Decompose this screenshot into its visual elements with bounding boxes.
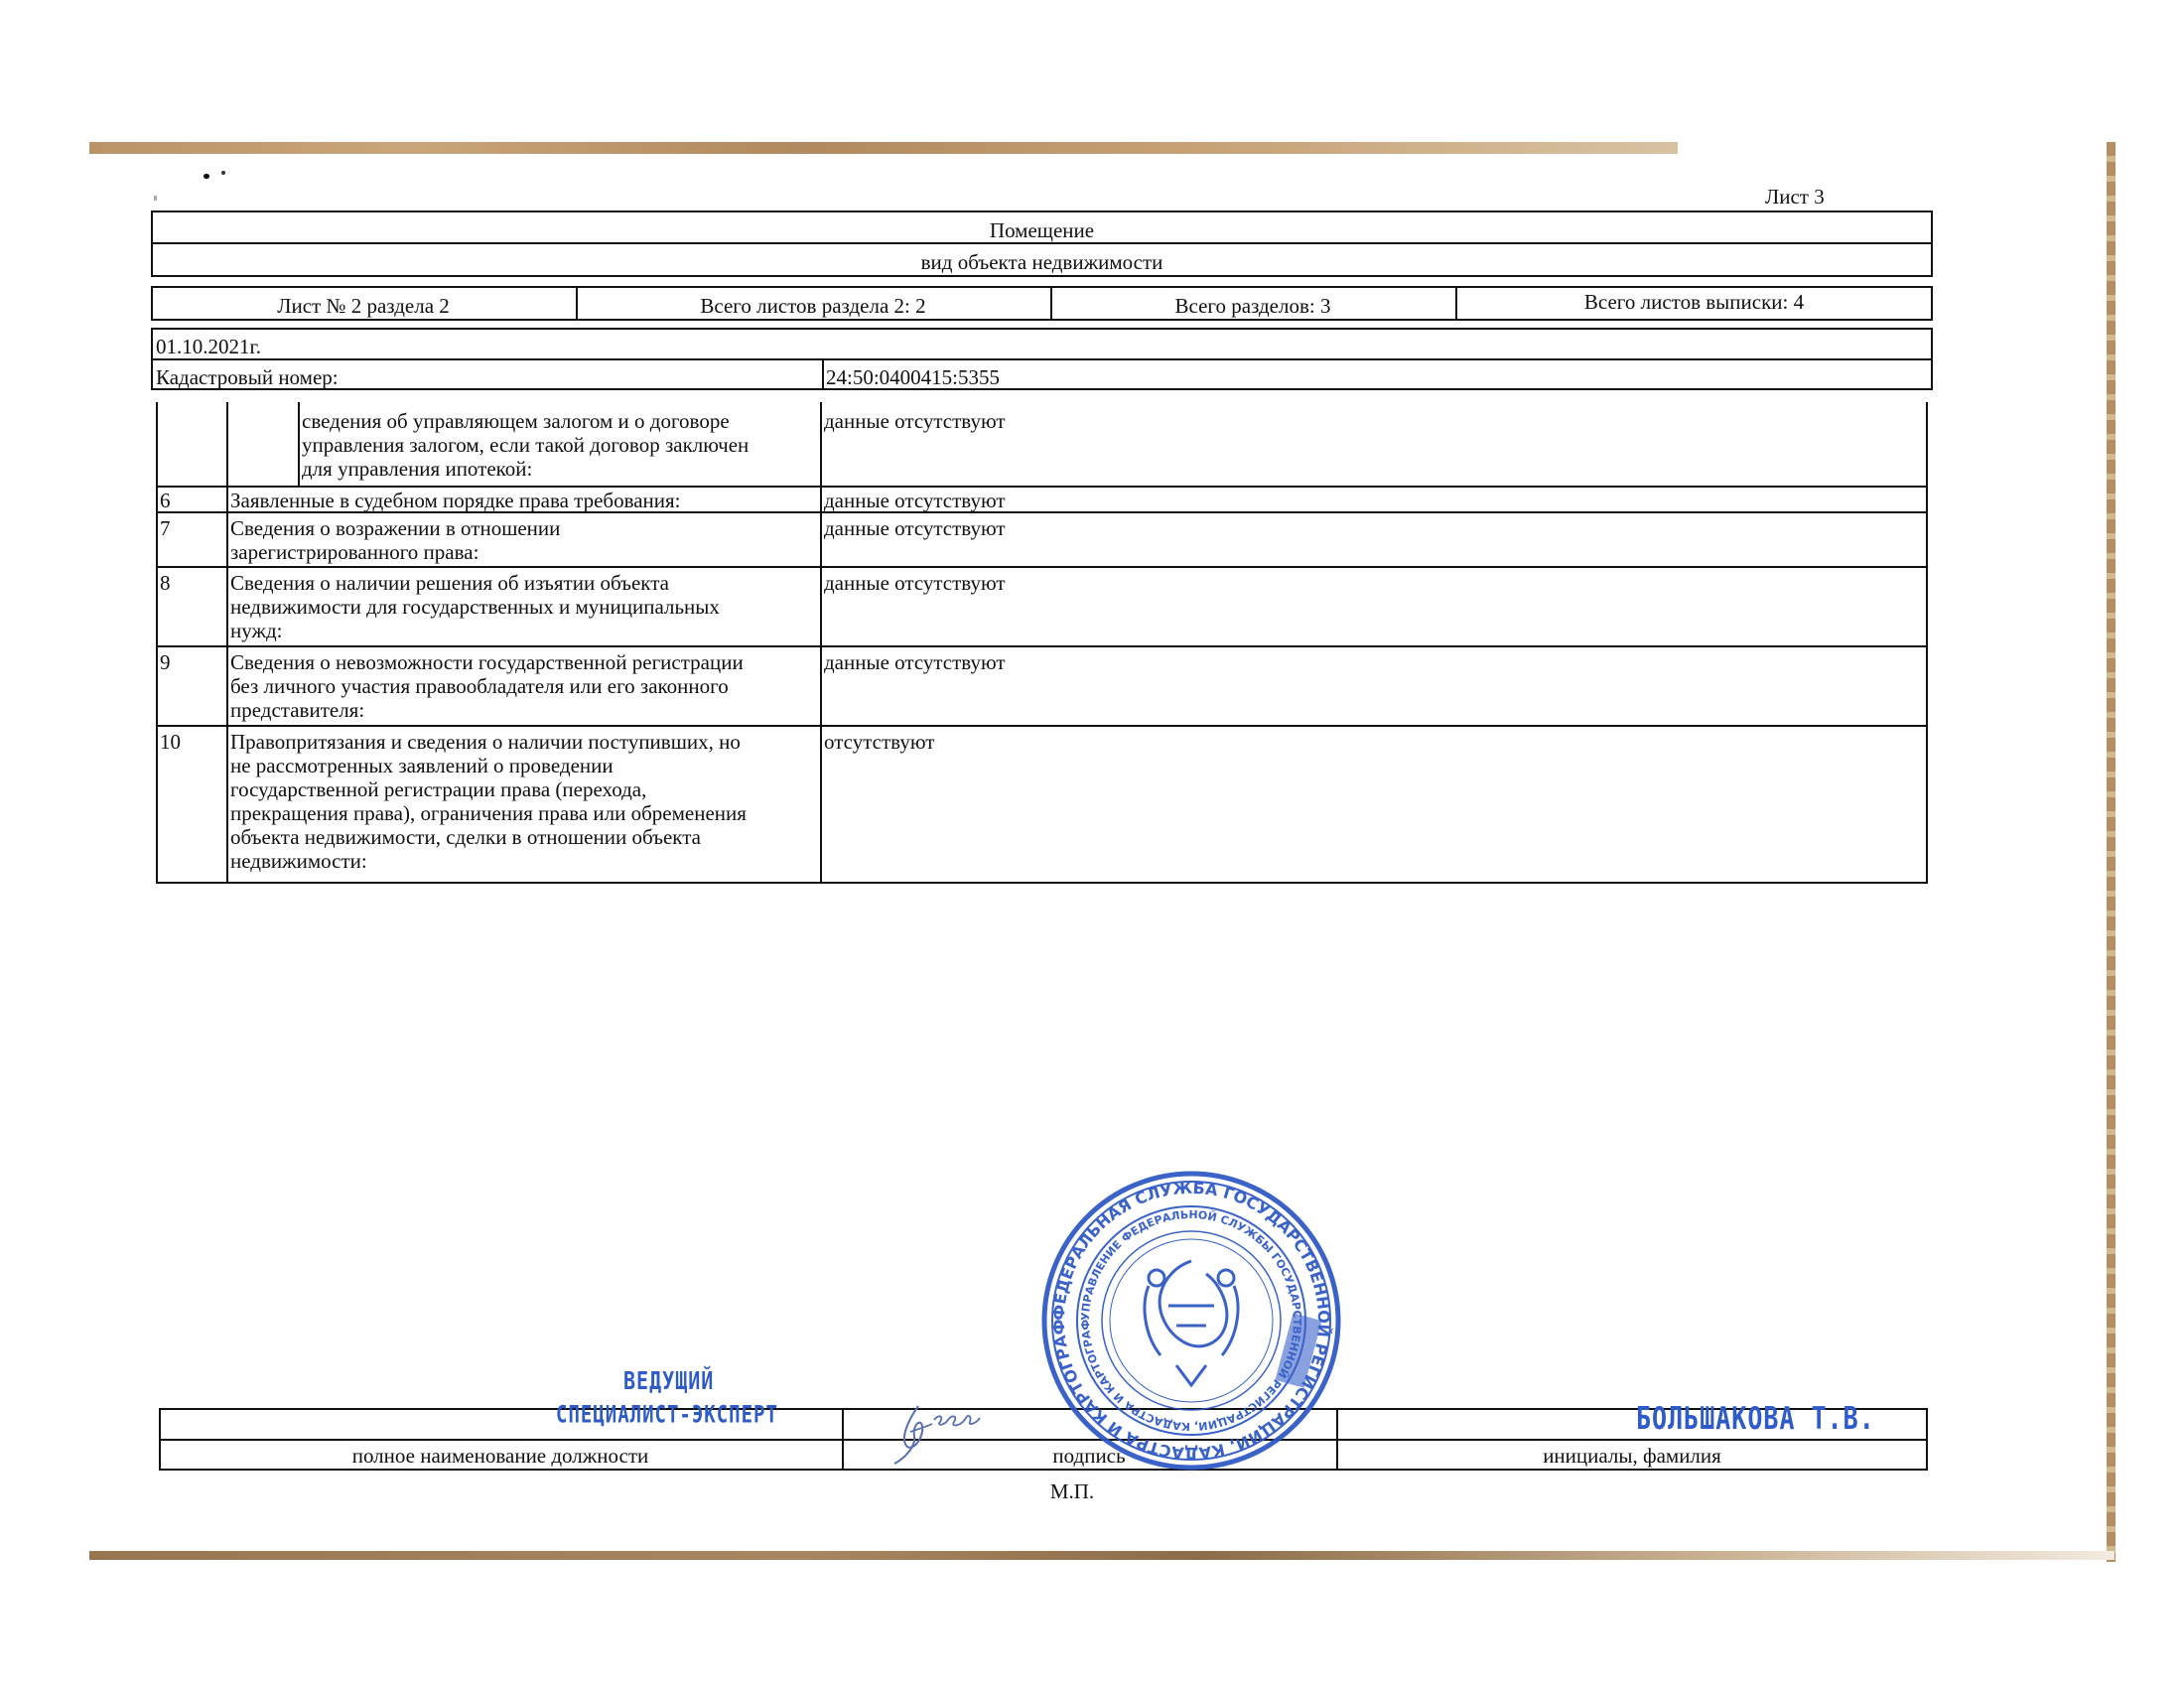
col-divider-sub <box>298 402 300 487</box>
handwritten-signature <box>888 1398 998 1468</box>
seal-label: М.П. <box>993 1479 1152 1504</box>
cadastral-number: 24:50:0400415:5355 <box>826 365 1000 390</box>
text-line: представителя: <box>230 698 744 722</box>
text-line: зарегистрированного права: <box>230 540 560 564</box>
text-line: Сведения о невозможности государственной… <box>230 650 744 674</box>
row-value: данные отсутствуют <box>824 409 1006 433</box>
col-divider-value <box>820 402 822 884</box>
scan-edge-bottom <box>89 1551 2115 1560</box>
table-border-bottom <box>156 882 1928 884</box>
cadastral-label: Кадастровый номер: <box>156 365 339 390</box>
row-description: Сведения о невозможности государственной… <box>230 650 744 722</box>
row-number: 6 <box>160 489 171 512</box>
table-border-left <box>156 402 158 884</box>
row-divider <box>156 566 1928 568</box>
object-type: Помещение <box>151 218 1933 243</box>
extract-date: 01.10.2021г. <box>156 335 261 359</box>
row-divider <box>156 725 1928 727</box>
row-description: Правопритязания и сведения о наличии пос… <box>230 730 747 873</box>
row-divider <box>156 645 1928 647</box>
position-stamp-line1: ВЕДУЩИЙ <box>623 1365 714 1395</box>
caption-name: инициалы, фамилия <box>1336 1444 1928 1469</box>
object-type-caption: вид объекта недвижимости <box>151 250 1933 275</box>
row-value: данные отсутствуют <box>824 489 1006 512</box>
row-value: отсутствуют <box>824 730 934 754</box>
row-number: 7 <box>160 516 171 540</box>
table-border-right <box>1926 402 1928 884</box>
row-value: данные отсутствуют <box>824 571 1006 595</box>
sheet-of-section: Лист № 2 раздела 2 <box>151 294 576 319</box>
text-line: сведения об управляющем залогом и о дого… <box>302 409 749 433</box>
name-stamp: БОЛЬШАКОВА Т.В. <box>1636 1400 1875 1436</box>
text-line: государственной регистрации права (перех… <box>230 777 747 801</box>
caption-position: полное наименование должности <box>159 1444 842 1469</box>
text-line: Заявленные в судебном порядке права треб… <box>230 489 681 512</box>
scan-edge-right <box>2107 142 2116 1562</box>
row-number: 8 <box>160 571 171 595</box>
official-seal-icon: ФЕДЕРАЛЬНАЯ СЛУЖБА ГОСУДАРСТВЕННОЙ РЕГИС… <box>1037 1167 1345 1475</box>
total-sheets-extract: Всего листов выписки: 4 <box>1455 290 1933 315</box>
text-line: Сведения о возражении в отношении <box>230 516 560 540</box>
text-line: без личного участия правообладателя или … <box>230 674 744 698</box>
row-number: 10 <box>160 730 181 754</box>
total-sheets-section: Всего листов раздела 2: 2 <box>576 294 1050 319</box>
text-line: Сведения о наличии решения об изъятии об… <box>230 571 720 595</box>
row-description: Сведения о возражении в отношении зареги… <box>230 516 560 564</box>
sheet-label: Лист 3 <box>1765 185 1825 210</box>
total-sections: Всего разделов: 3 <box>1050 294 1455 319</box>
scan-edge-top <box>89 142 1678 154</box>
text-line: прекращения права), ограничения права ил… <box>230 801 747 825</box>
eagle-emblem-icon <box>1145 1261 1238 1385</box>
row-description: Сведения о наличии решения об изъятии об… <box>230 571 720 642</box>
text-line: недвижимости для государственных и муниц… <box>230 595 720 619</box>
col-divider-num <box>226 402 228 884</box>
position-stamp-line2: СПЕЦИАЛИСТ-ЭКСПЕРТ <box>556 1401 778 1429</box>
text-line: нужд: <box>230 619 720 642</box>
row-description: сведения об управляющем залогом и о дого… <box>302 409 749 481</box>
text-line: не рассмотренных заявлений о проведении <box>230 754 747 777</box>
row-value: данные отсутствуют <box>824 650 1006 674</box>
text-line: управления залогом, если такой договор з… <box>302 433 749 457</box>
divider <box>822 358 824 390</box>
text-line: для управления ипотекой: <box>302 457 749 481</box>
text-line: недвижимости: <box>230 849 747 873</box>
row-value: данные отсутствуют <box>824 516 1006 540</box>
row-divider <box>156 486 1928 488</box>
text-line: Правопритязания и сведения о наличии пос… <box>230 730 747 754</box>
divider <box>151 358 1933 360</box>
row-number: 9 <box>160 650 171 674</box>
row-description: Заявленные в судебном порядке права треб… <box>230 489 681 512</box>
text-line: объекта недвижимости, сделки в отношении… <box>230 825 747 849</box>
